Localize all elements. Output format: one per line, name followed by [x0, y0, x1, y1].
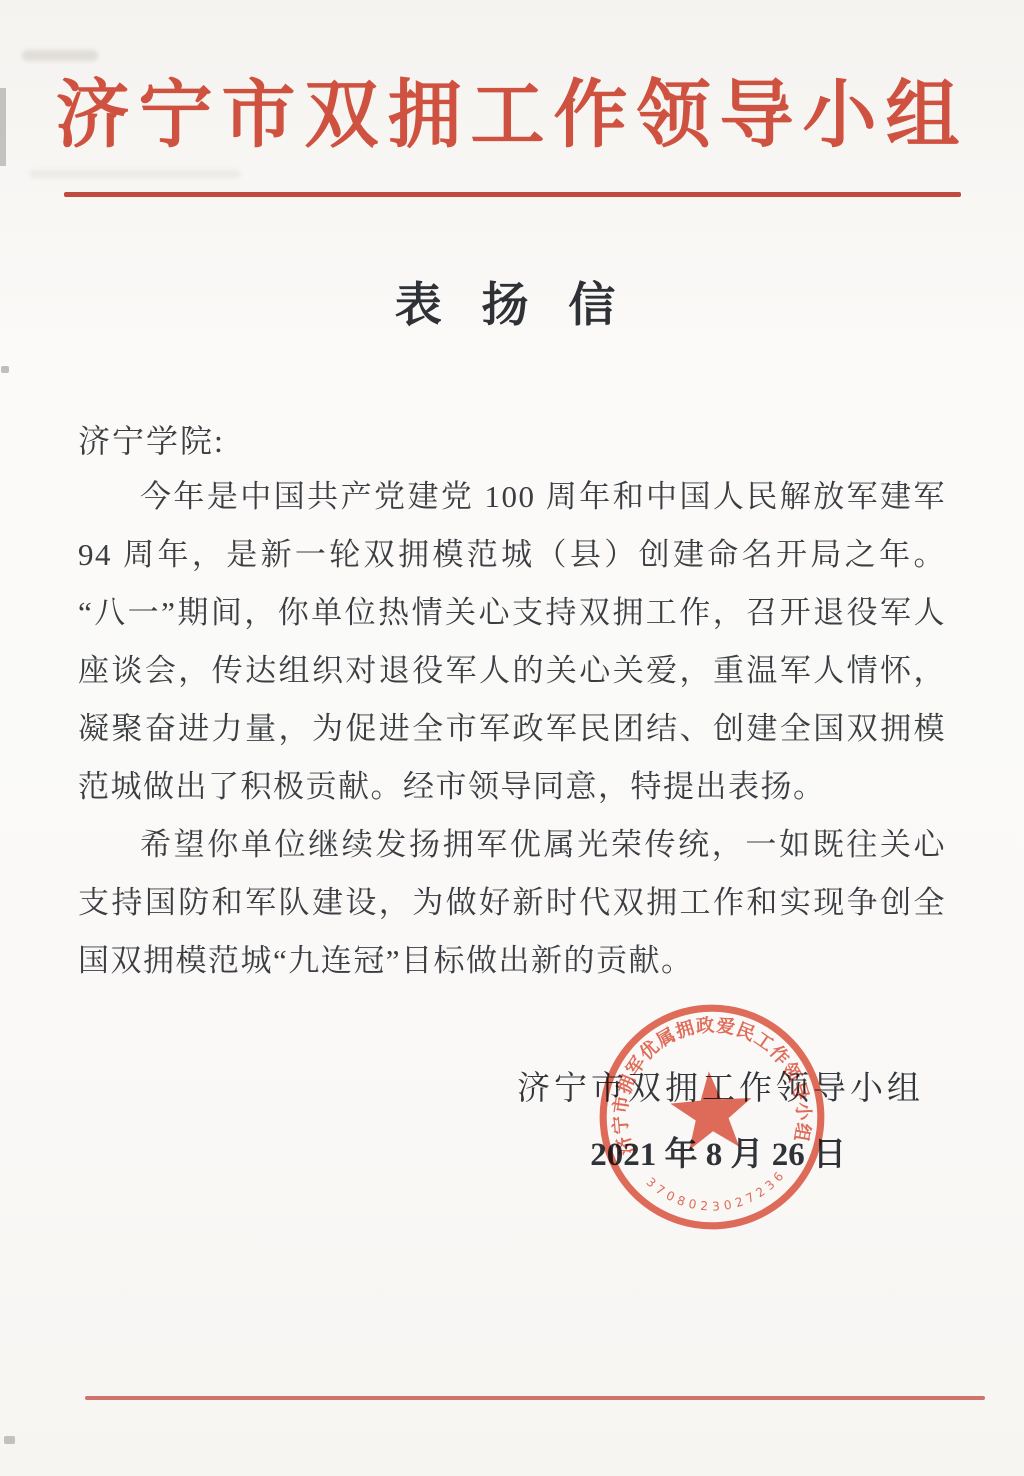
letterhead-title: 济宁市双拥工作领导小组 — [0, 70, 1024, 163]
scan-artifact — [30, 170, 240, 178]
salutation: 济宁学院: — [78, 416, 225, 462]
seal-star-icon — [668, 1069, 754, 1152]
scan-artifact — [22, 50, 98, 61]
letter-title: 表 扬 信 — [0, 268, 1024, 335]
footer-rule — [85, 1396, 985, 1400]
letter-body: 今年是中国共产党建党 100 周年和中国人民解放军建军 94 周年，是新一轮双拥… — [78, 468, 946, 990]
official-seal: 济宁市拥军优属拥政爱民工作领导小组 3708023027236 — [584, 989, 840, 1245]
scan-artifact — [4, 1436, 15, 1444]
body-paragraph: 今年是中国共产党建党 100 周年和中国人民解放军建军 94 周年，是新一轮双拥… — [78, 468, 946, 816]
body-paragraph: 希望你单位继续发扬拥军优属光荣传统，一如既往关心支持国防和军队建设，为做好新时代… — [78, 816, 946, 990]
letterhead-rule — [64, 192, 961, 197]
seal-graphic: 济宁市拥军优属拥政爱民工作领导小组 3708023027236 — [584, 989, 840, 1245]
letter-page: 济宁市双拥工作领导小组 表 扬 信 济宁学院: 今年是中国共产党建党 100 周… — [0, 0, 1024, 1476]
scan-artifact — [1, 366, 9, 373]
